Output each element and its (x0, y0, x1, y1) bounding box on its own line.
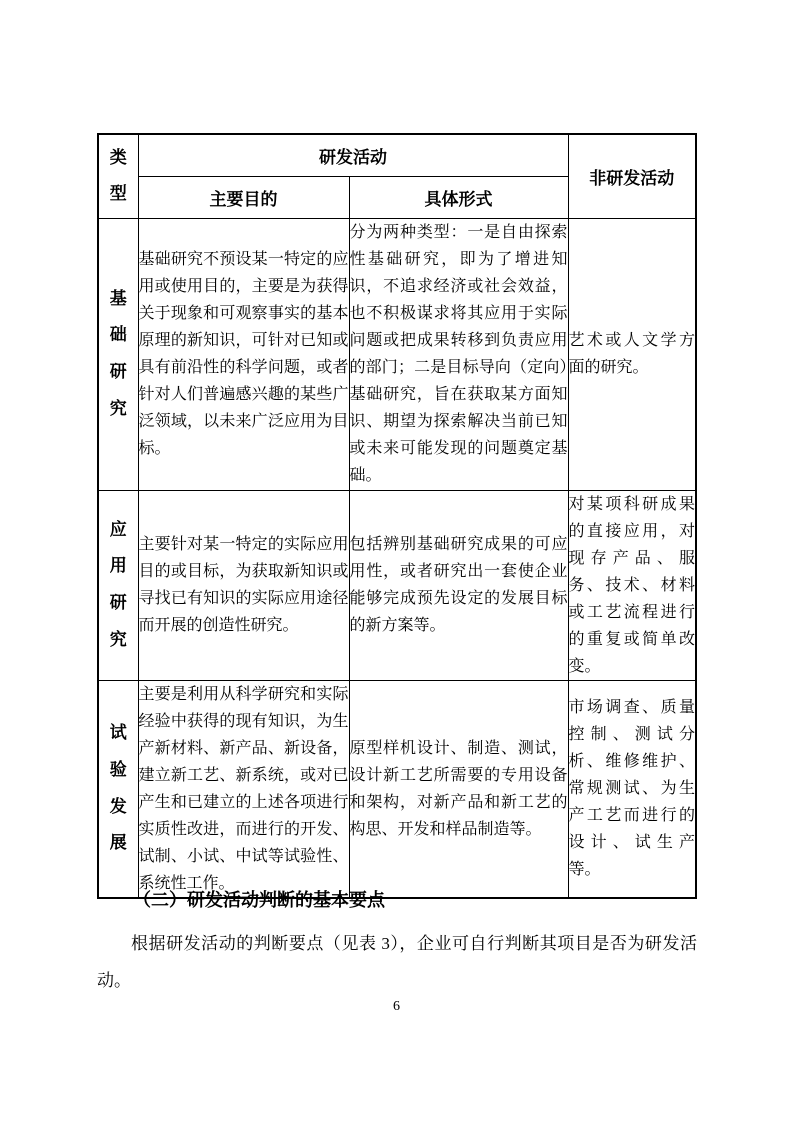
rd-activities-table: 类型 研发活动 非研发活动 主要目的 具体形式 基础研究 基础研究不预设某一特定… (97, 133, 697, 899)
header-type: 类型 (98, 134, 138, 218)
section-heading: （二）研发活动判断的基本要点 (97, 886, 697, 912)
type-label: 试验发展 (109, 715, 128, 861)
specific-form-cell: 分为两种类型：一是自由探索性基础研究，即为了增进知识，不追求经济或社会效益，也不… (349, 218, 568, 490)
non-rd-cell: 对某项科研成果的直接应用，对现存产品、服务、技术、材料或工艺流程进行的重复或简单… (568, 490, 696, 680)
specific-form-cell: 包括辨别基础研究成果的可应用性，或者研究出一套使企业能够完成预先设定的发展目标的… (349, 490, 568, 680)
main-purpose-cell: 基础研究不预设某一特定的应用或使用目的，主要是为获得关于现象和可观察事实的基本原… (138, 218, 349, 490)
type-label-cell: 应用研究 (98, 490, 138, 680)
section-paragraph: 根据研发活动的判断要点（见表 3），企业可自行判断其项目是否为研发活动。 (97, 925, 697, 999)
table-row-experimental-development: 试验发展 主要是利用从科学研究和实际经验中获得的现有知识，为生产新材料、新产品、… (98, 680, 696, 898)
type-label-cell: 试验发展 (98, 680, 138, 898)
table-row-basic-research: 基础研究 基础研究不预设某一特定的应用或使用目的，主要是为获得关于现象和可观察事… (98, 218, 696, 490)
header-type-label: 类型 (109, 140, 128, 213)
page-number: 6 (0, 999, 793, 1015)
non-rd-cell: 市场调查、质量控制、测试分析、维修维护、常规测试、为生产工艺而进行的设计、试生产… (568, 680, 696, 898)
non-rd-cell: 艺术或人文学方面的研究。 (568, 218, 696, 490)
header-rd-activity: 研发活动 (138, 134, 568, 176)
specific-form-cell: 原型样机设计、制造、测试，设计新工艺所需要的专用设备和架构，对新产品和新工艺的构… (349, 680, 568, 898)
table-header-row-1: 类型 研发活动 非研发活动 (98, 134, 696, 176)
table-row-applied-research: 应用研究 主要针对某一特定的实际应用目的或目标，为获取新知识或寻找已有知识的实际… (98, 490, 696, 680)
header-non-rd-activity: 非研发活动 (568, 134, 696, 218)
main-purpose-cell: 主要针对某一特定的实际应用目的或目标，为获取新知识或寻找已有知识的实际应用途径而… (138, 490, 349, 680)
header-main-purpose: 主要目的 (138, 176, 349, 218)
type-label-cell: 基础研究 (98, 218, 138, 490)
header-specific-form: 具体形式 (349, 176, 568, 218)
document-page: 类型 研发活动 非研发活动 主要目的 具体形式 基础研究 基础研究不预设某一特定… (0, 0, 793, 1122)
type-label: 基础研究 (109, 281, 128, 427)
type-label: 应用研究 (109, 512, 128, 658)
main-purpose-cell: 主要是利用从科学研究和实际经验中获得的现有知识，为生产新材料、新产品、新设备，建… (138, 680, 349, 898)
